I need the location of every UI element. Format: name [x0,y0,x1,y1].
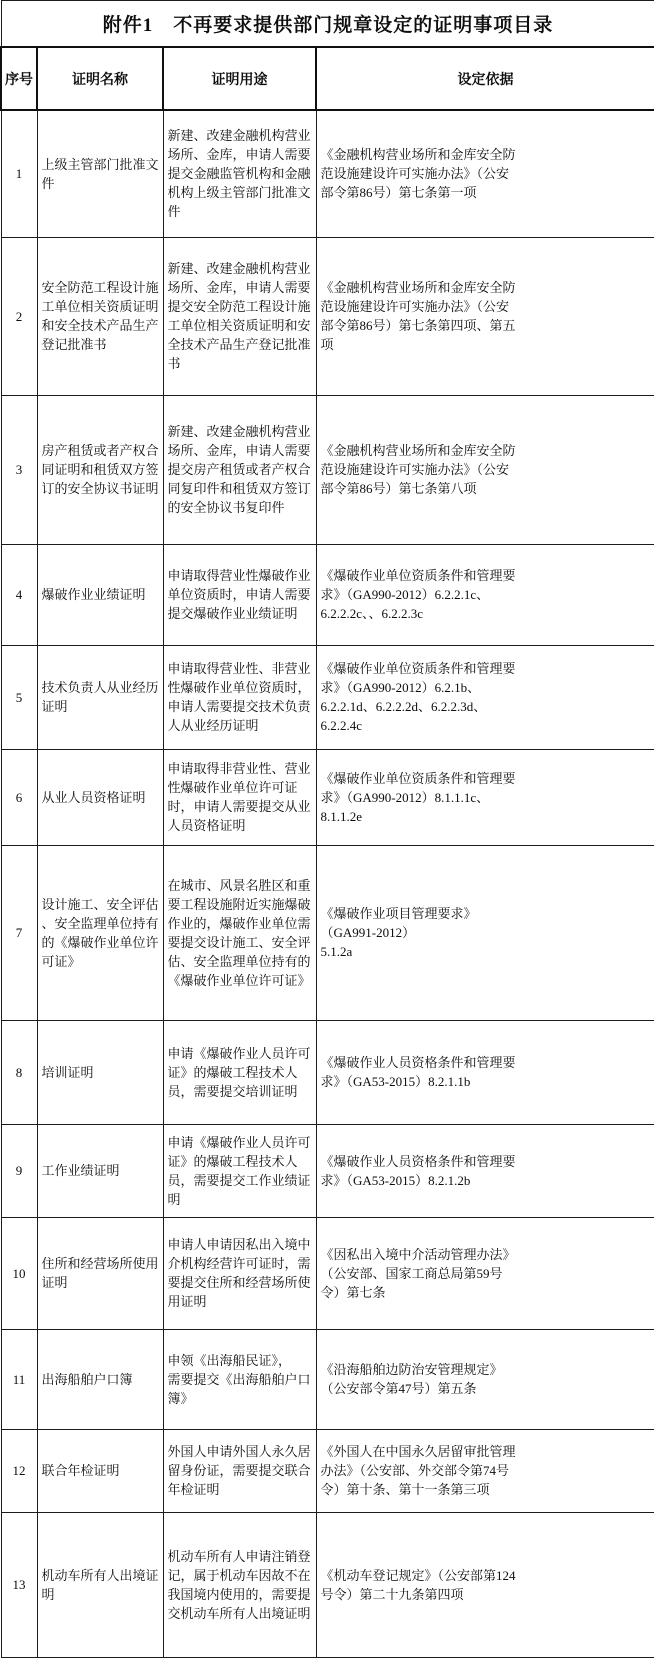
certificate-purpose: 申请《爆破作业人员许可 证》的爆破工程技术人 员，需要提交培训证明 [163,1020,316,1124]
legal-basis: 《金融机构营业场所和金库安全防 范设施建设许可实施办法》（公安 部令第86号）第… [316,395,654,544]
page-title: 附件1 不再要求提供部门规章设定的证明事项目录 [1,1,654,48]
certificate-purpose: 新建、改建金融机构营业 场所、金库，申请人需要 提交金融监管机构和金融 机构上级… [163,110,316,237]
table-row: 13机动车所有人出境证 明机动车所有人申请注销登 记，属于机动车因故不在 我国境… [1,1512,654,1657]
legal-basis: 《因私出入境中介活动管理办法》 （公安部、国家工商总局第59号 令）第七条 [316,1217,654,1329]
certificate-purpose: 新建、改建金融机构营业 场所、金库，申请人需要 提交安全防范工程设计施 工单位相… [163,237,316,395]
legal-basis: 《爆破作业单位资质条件和管理要 求》（GA990-2012）8.1.1.1c、 … [316,749,654,845]
table-row: 1上级主管部门批准文 件新建、改建金融机构营业 场所、金库，申请人需要 提交金融… [1,110,654,237]
table-row: 4爆破作业业绩证明申请取得营业性爆破作业 单位资质时，申请人需要 提交爆破作业业… [1,544,654,645]
legal-basis: 《外国人在中国永久居留审批管理 办法》（公安部、外交部令第74号 令）第十条、第… [316,1429,654,1512]
certificate-name: 工作业绩证明 [37,1124,163,1217]
table-row: 8培训证明申请《爆破作业人员许可 证》的爆破工程技术人 员，需要提交培训证明《爆… [1,1020,654,1124]
certificate-table: 附件1 不再要求提供部门规章设定的证明事项目录 序号 证明名称 证明用途 设定依… [0,0,654,1658]
certificate-name: 机动车所有人出境证 明 [37,1512,163,1657]
certificate-purpose: 申请取得营业性爆破作业 单位资质时，申请人需要 提交爆破作业业绩证明 [163,544,316,645]
row-serial-number: 11 [1,1329,37,1429]
table-row: 7设计施工、安全评估 、安全监理单位持有 的《爆破作业单位许 可证》在城市、风景… [1,845,654,1020]
row-serial-number: 7 [1,845,37,1020]
legal-basis: 《机动车登记规定》（公安部第124 号令）第二十九条第四项 [316,1512,654,1657]
legal-basis: 《金融机构营业场所和金库安全防 范设施建设许可实施办法》（公安 部令第86号）第… [316,237,654,395]
certificate-name: 爆破作业业绩证明 [37,544,163,645]
legal-basis: 《爆破作业项目管理要求》 （GA991-2012） 5.1.2a [316,845,654,1020]
row-serial-number: 13 [1,1512,37,1657]
certificate-purpose: 申请取得营业性、非营业 性爆破作业单位资质时， 申请人需要提交技术负责 人从业经… [163,645,316,749]
certificate-name: 房产租赁或者产权合 同证明和租赁双方签 订的安全协议书证明 [37,395,163,544]
row-serial-number: 2 [1,237,37,395]
certificate-name: 培训证明 [37,1020,163,1124]
certificate-name: 从业人员资格证明 [37,749,163,845]
legal-basis: 《爆破作业单位资质条件和管理要 求》（GA990-2012）6.2.1b、 6.… [316,645,654,749]
certificate-name: 上级主管部门批准文 件 [37,110,163,237]
col-header-serial-number: 序号 [1,47,37,110]
row-serial-number: 4 [1,544,37,645]
row-serial-number: 8 [1,1020,37,1124]
row-serial-number: 12 [1,1429,37,1512]
certificate-name: 设计施工、安全评估 、安全监理单位持有 的《爆破作业单位许 可证》 [37,845,163,1020]
row-serial-number: 10 [1,1217,37,1329]
table-header-row: 序号 证明名称 证明用途 设定依据 [1,47,654,110]
legal-basis: 《爆破作业人员资格条件和管理要 求》（GA53-2015）8.2.1.1b [316,1020,654,1124]
table-row: 12联合年检证明外国人申请外国人永久居 留身份证，需要提交联合 年检证明《外国人… [1,1429,654,1512]
certificate-name: 出海船舶户口簿 [37,1329,163,1429]
certificate-purpose: 新建、改建金融机构营业 场所、金库，申请人需要 提交房产租赁或者产权合 同复印件… [163,395,316,544]
row-serial-number: 9 [1,1124,37,1217]
table-row: 5技术负责人从业经历 证明申请取得营业性、非营业 性爆破作业单位资质时， 申请人… [1,645,654,749]
table-body: 1上级主管部门批准文 件新建、改建金融机构营业 场所、金库，申请人需要 提交金融… [1,110,654,1657]
certificate-purpose: 申请《爆破作业人员许可 证》的爆破工程技术人 员，需要提交工作业绩证 明 [163,1124,316,1217]
row-serial-number: 3 [1,395,37,544]
col-header-legal-basis: 设定依据 [316,47,654,110]
table-row: 11出海船舶户口簿申领《出海船民证》， 需要提交《出海船舶户口 簿》《沿海船舶边… [1,1329,654,1429]
table-row: 6从业人员资格证明申请取得非营业性、营业 性爆破作业单位许可证 时，申请人需要提… [1,749,654,845]
row-serial-number: 6 [1,749,37,845]
certificate-name: 安全防范工程设计施 工单位相关资质证明 和安全技术产品生产 登记批准书 [37,237,163,395]
table-row: 3房产租赁或者产权合 同证明和租赁双方签 订的安全协议书证明新建、改建金融机构营… [1,395,654,544]
certificate-purpose: 申请取得非营业性、营业 性爆破作业单位许可证 时，申请人需要提交从业 人员资格证… [163,749,316,845]
certificate-purpose: 机动车所有人申请注销登 记，属于机动车因故不在 我国境内使用的，需要提 交机动车… [163,1512,316,1657]
legal-basis: 《爆破作业单位资质条件和管理要 求》（GA990-2012）6.2.2.1c、 … [316,544,654,645]
table-row: 10住所和经营场所使用 证明申请人申请因私出入境中 介机构经营许可证时，需 要提… [1,1217,654,1329]
document-page: 附件1 不再要求提供部门规章设定的证明事项目录 序号 证明名称 证明用途 设定依… [0,0,654,1658]
certificate-name: 技术负责人从业经历 证明 [37,645,163,749]
row-serial-number: 5 [1,645,37,749]
col-header-certificate-purpose: 证明用途 [163,47,316,110]
col-header-certificate-name: 证明名称 [37,47,163,110]
certificate-purpose: 在城市、风景名胜区和重 要工程设施附近实施爆破 作业的，爆破作业单位需 要提交设… [163,845,316,1020]
certificate-name: 住所和经营场所使用 证明 [37,1217,163,1329]
table-row: 9工作业绩证明申请《爆破作业人员许可 证》的爆破工程技术人 员，需要提交工作业绩… [1,1124,654,1217]
legal-basis: 《沿海船舶边防治安管理规定》 （公安部令第47号）第五条 [316,1329,654,1429]
legal-basis: 《金融机构营业场所和金库安全防 范设施建设许可实施办法》（公安 部令第86号）第… [316,110,654,237]
title-row: 附件1 不再要求提供部门规章设定的证明事项目录 [1,1,654,48]
certificate-purpose: 申请人申请因私出入境中 介机构经营许可证时，需 要提交住所和经营场所使 用证明 [163,1217,316,1329]
certificate-purpose: 申领《出海船民证》， 需要提交《出海船舶户口 簿》 [163,1329,316,1429]
certificate-purpose: 外国人申请外国人永久居 留身份证，需要提交联合 年检证明 [163,1429,316,1512]
table-row: 2安全防范工程设计施 工单位相关资质证明 和安全技术产品生产 登记批准书新建、改… [1,237,654,395]
legal-basis: 《爆破作业人员资格条件和管理要 求》（GA53-2015）8.2.1.2b [316,1124,654,1217]
certificate-name: 联合年检证明 [37,1429,163,1512]
row-serial-number: 1 [1,110,37,237]
